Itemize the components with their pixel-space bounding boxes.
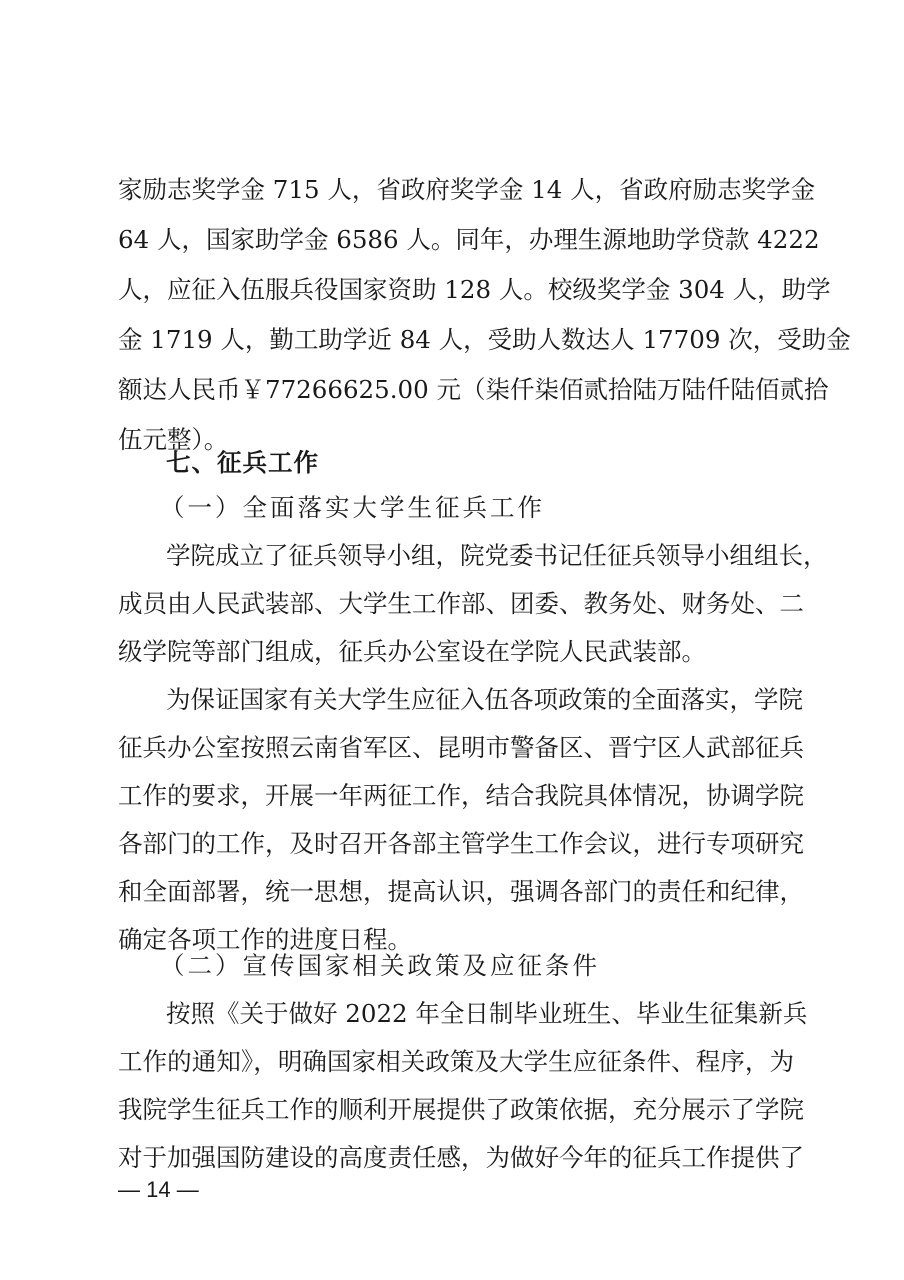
section-heading: 七、征兵工作	[166, 443, 794, 483]
paragraph-line: 级学院等部门组成，征兵办公室设在学院人民武装部。	[118, 632, 794, 672]
document-page: 家励志奖学金 715 人，省政府奖学金 14 人，省政府励志奖学金 64 人，国…	[0, 0, 904, 1280]
paragraph-line: 人，应征入伍服兵役国家资助 128 人。校级奖学金 304 人，助学	[118, 270, 794, 310]
paragraph-line: 我院学生征兵工作的顺利开展提供了政策依据，充分展示了学院	[118, 1090, 794, 1130]
paragraph-line: 和全面部署，统一思想，提高认识，强调各部门的责任和纪律，	[118, 872, 794, 912]
paragraph-line: 家励志奖学金 715 人，省政府奖学金 14 人，省政府励志奖学金	[118, 170, 794, 210]
paragraph-line: 工作的通知》，明确国家相关政策及大学生应征条件、程序，为	[118, 1042, 794, 1082]
paragraph-line: 各部门的工作，及时召开各部主管学生工作会议，进行专项研究	[118, 824, 794, 864]
paragraph-line: 工作的要求，开展一年两征工作，结合我院具体情况，协调学院	[118, 776, 794, 816]
paragraph-line: 64 人，国家助学金 6586 人。同年，办理生源地助学贷款 4222	[118, 220, 794, 260]
paragraph-line: 学院成立了征兵领导小组，院党委书记任征兵领导小组组长，	[166, 536, 794, 576]
paragraph-line: 金 1719 人，勤工助学近 84 人，受助人数达人 17709 次，受助金	[118, 320, 794, 360]
paragraph-line: 为保证国家有关大学生应征入伍各项政策的全面落实，学院	[166, 680, 794, 720]
subsection-heading: （二）宣传国家相关政策及应征条件	[160, 946, 836, 986]
page-number: — 14 —	[118, 1170, 199, 1210]
paragraph-line: 额达人民币￥77266625.00 元（柒仟柒佰贰拾陆万陆仟陆佰贰拾	[118, 370, 794, 410]
paragraph-line: 按照《关于做好 2022 年全日制毕业班生、毕业生征集新兵	[166, 994, 794, 1034]
paragraph-line: 成员由人民武装部、大学生工作部、团委、教务处、财务处、二	[118, 584, 794, 624]
paragraph-line: 对于加强国防建设的高度责任感，为做好今年的征兵工作提供了	[118, 1138, 794, 1178]
paragraph-line: 征兵办公室按照云南省军区、昆明市警备区、晋宁区人武部征兵	[118, 728, 794, 768]
subsection-heading: （一）全面落实大学生征兵工作	[160, 488, 836, 528]
